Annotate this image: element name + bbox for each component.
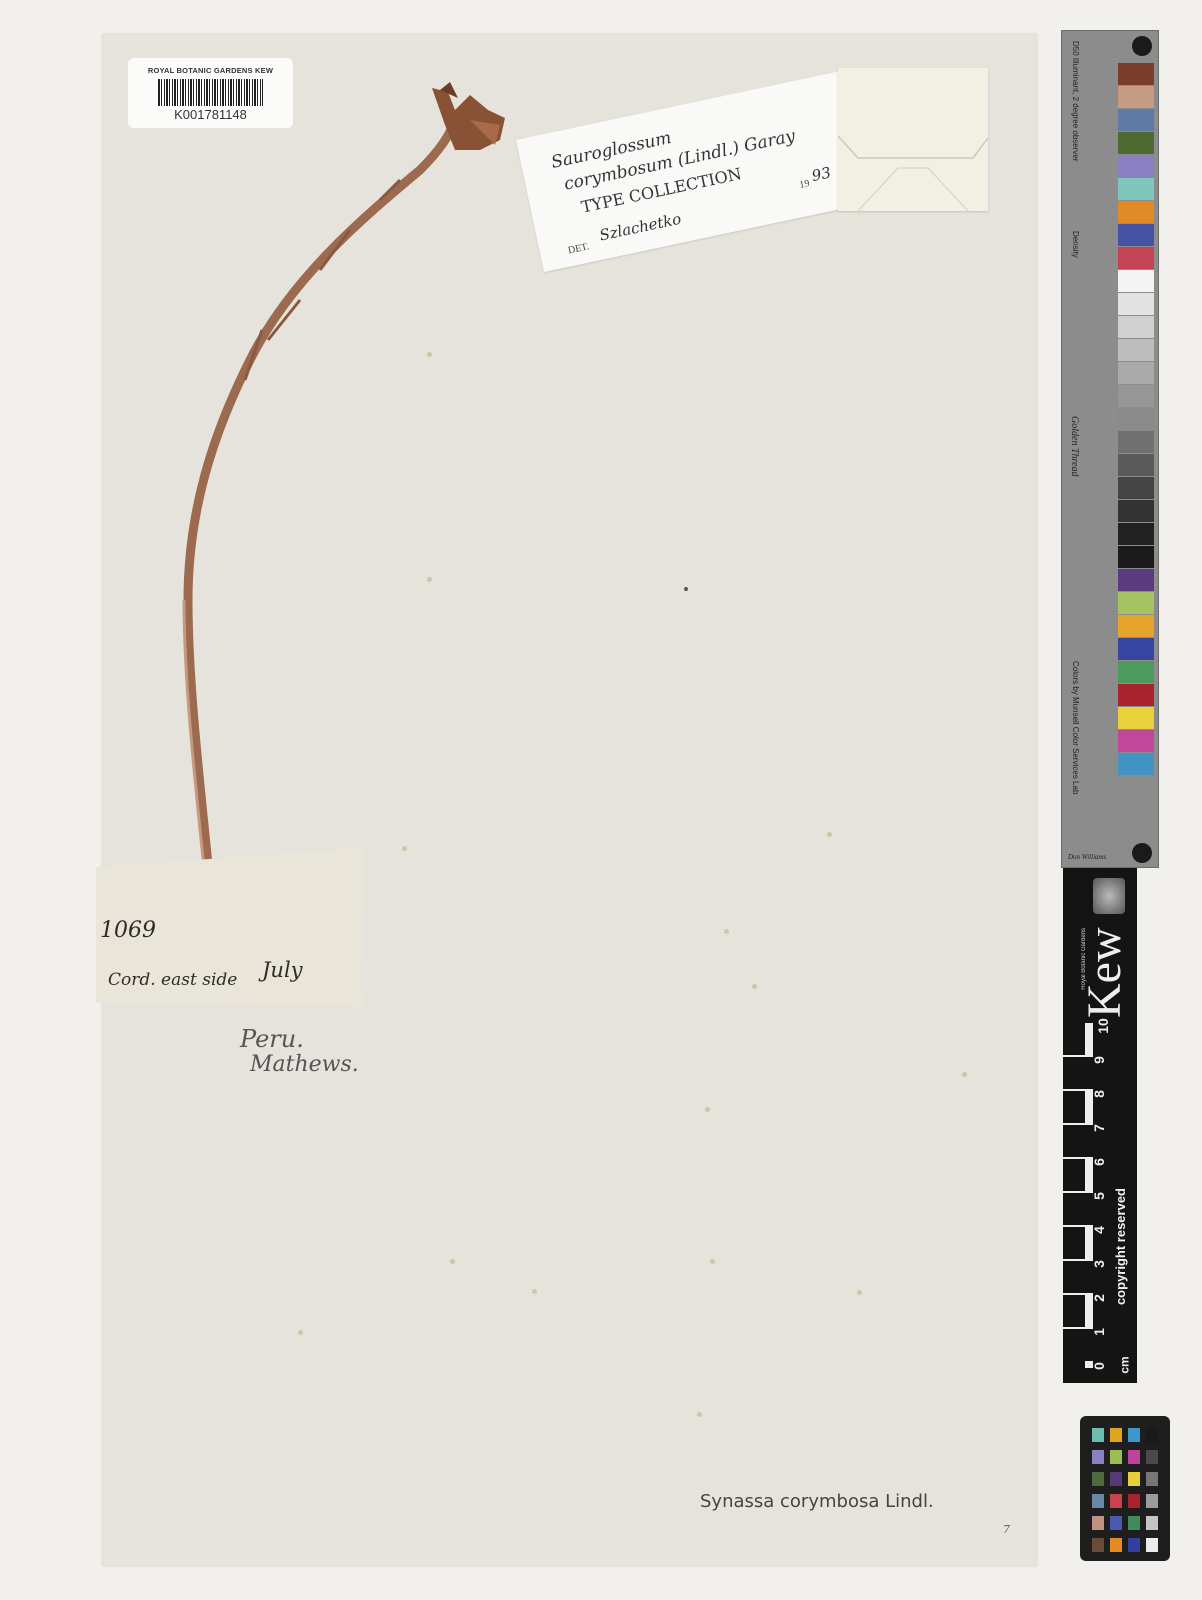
color-patch [1118, 707, 1154, 729]
checker-swatch [1128, 1472, 1140, 1486]
color-patch [1118, 155, 1154, 177]
checker-swatch [1092, 1538, 1104, 1552]
color-patch [1118, 592, 1154, 614]
checker-swatch [1110, 1450, 1122, 1464]
checker-swatch [1092, 1516, 1104, 1530]
checker-swatch [1110, 1516, 1122, 1530]
color-patch [1118, 408, 1154, 430]
strip-signature: Don Williams [1068, 853, 1106, 861]
color-patch [1118, 661, 1154, 683]
tick-5: 5 [1091, 1192, 1107, 1200]
checker-swatch [1128, 1538, 1140, 1552]
tick-7: 7 [1091, 1124, 1107, 1132]
barcode [158, 79, 263, 106]
tick-10: 10 [1095, 1018, 1111, 1034]
color-patch [1118, 86, 1154, 108]
det-year-prefix: 19 [799, 178, 811, 191]
original-name-annotation: Synassa corymbosa Lindl. [700, 1491, 934, 1512]
checker-swatch [1146, 1538, 1158, 1552]
checker-swatch [1146, 1428, 1158, 1442]
checker-swatch [1092, 1428, 1104, 1442]
checker-swatch [1110, 1472, 1122, 1486]
color-patch [1118, 385, 1154, 407]
color-patch [1118, 454, 1154, 476]
color-patch [1118, 546, 1154, 568]
unit-label: cm [1118, 1356, 1132, 1373]
color-patch [1118, 63, 1154, 85]
color-patch [1118, 753, 1154, 775]
det-year: 93 [810, 163, 832, 185]
tick-8: 8 [1091, 1090, 1107, 1098]
tick-0: 0 [1091, 1362, 1107, 1370]
fragment-envelope [838, 68, 988, 211]
color-patch [1118, 730, 1154, 752]
checker-swatch [1146, 1450, 1158, 1464]
color-patch [1118, 178, 1154, 200]
color-calibration-strip: D50 Illuminant, 2 degree observer Densit… [1061, 30, 1159, 868]
checker-swatch [1128, 1428, 1140, 1442]
checker-swatch [1128, 1494, 1140, 1508]
checker-swatch [1110, 1494, 1122, 1508]
corner-mark: 7 [1003, 1523, 1010, 1536]
collection-number: 1069 [100, 918, 156, 943]
color-patches [1118, 63, 1154, 776]
locality: Cord. east side [108, 970, 237, 990]
checker-swatch [1110, 1538, 1122, 1552]
color-patch [1118, 293, 1154, 315]
det-prefix: DET. [567, 241, 590, 256]
kew-subtitle: Royal Botanic Gardens [1081, 928, 1087, 990]
checker-swatch [1146, 1472, 1158, 1486]
checker-swatch [1092, 1494, 1104, 1508]
copyright-text: copyright reserved [1113, 1188, 1128, 1305]
density-label: Density [1066, 231, 1080, 258]
barcode-number: K001781148 [128, 107, 293, 122]
color-patch [1118, 500, 1154, 522]
color-patch [1118, 270, 1154, 292]
strip-hole-top [1132, 36, 1152, 56]
tick-2: 2 [1091, 1294, 1107, 1302]
checker-swatch [1146, 1494, 1158, 1508]
checker-swatch [1128, 1450, 1140, 1464]
checker-swatch [1110, 1428, 1122, 1442]
collection-month: July [262, 958, 303, 982]
tick-6: 6 [1091, 1158, 1107, 1166]
checker-swatch [1092, 1472, 1104, 1486]
color-patch [1118, 638, 1154, 660]
tick-1: 1 [1091, 1328, 1107, 1336]
checker-swatch [1128, 1516, 1140, 1530]
tick-4: 4 [1091, 1226, 1107, 1234]
tick-9: 9 [1091, 1056, 1107, 1064]
strip-footer: Colors by Munsell Color Services Lab [1066, 661, 1080, 794]
color-patch [1118, 201, 1154, 223]
tick-3: 3 [1091, 1260, 1107, 1268]
determiner-name: Szlachetko [598, 210, 683, 245]
royal-crest-icon [1093, 878, 1125, 914]
collector-annotation: Mathews. [250, 1052, 359, 1077]
cm-ticks: 0 1 2 3 4 5 6 7 8 9 10 [1093, 1016, 1115, 1376]
color-patch [1118, 569, 1154, 591]
color-patch [1118, 362, 1154, 384]
color-patch [1118, 132, 1154, 154]
kew-scale-bar: Kew Royal Botanic Gardens copyright rese… [1063, 868, 1137, 1383]
color-patch [1118, 431, 1154, 453]
color-patch [1118, 684, 1154, 706]
country-annotation: Peru. [240, 1025, 304, 1053]
strip-hole-bottom [1132, 843, 1152, 863]
checker-swatch [1146, 1516, 1158, 1530]
strip-header: D50 Illuminant, 2 degree observer [1066, 41, 1080, 162]
color-patch [1118, 339, 1154, 361]
color-patch [1118, 247, 1154, 269]
color-patch [1118, 224, 1154, 246]
color-patch [1118, 615, 1154, 637]
strip-brand: Golden Thread [1066, 416, 1080, 476]
barcode-label: ROYAL BOTANIC GARDENS KEW K001781148 [128, 58, 293, 128]
color-patch [1118, 477, 1154, 499]
institution-name: ROYAL BOTANIC GARDENS KEW [128, 66, 293, 75]
color-patch [1118, 523, 1154, 545]
color-checker-card [1080, 1416, 1170, 1561]
color-patch [1118, 109, 1154, 131]
color-patch [1118, 316, 1154, 338]
cm-ruler [1063, 1023, 1093, 1368]
checker-swatch [1092, 1450, 1104, 1464]
